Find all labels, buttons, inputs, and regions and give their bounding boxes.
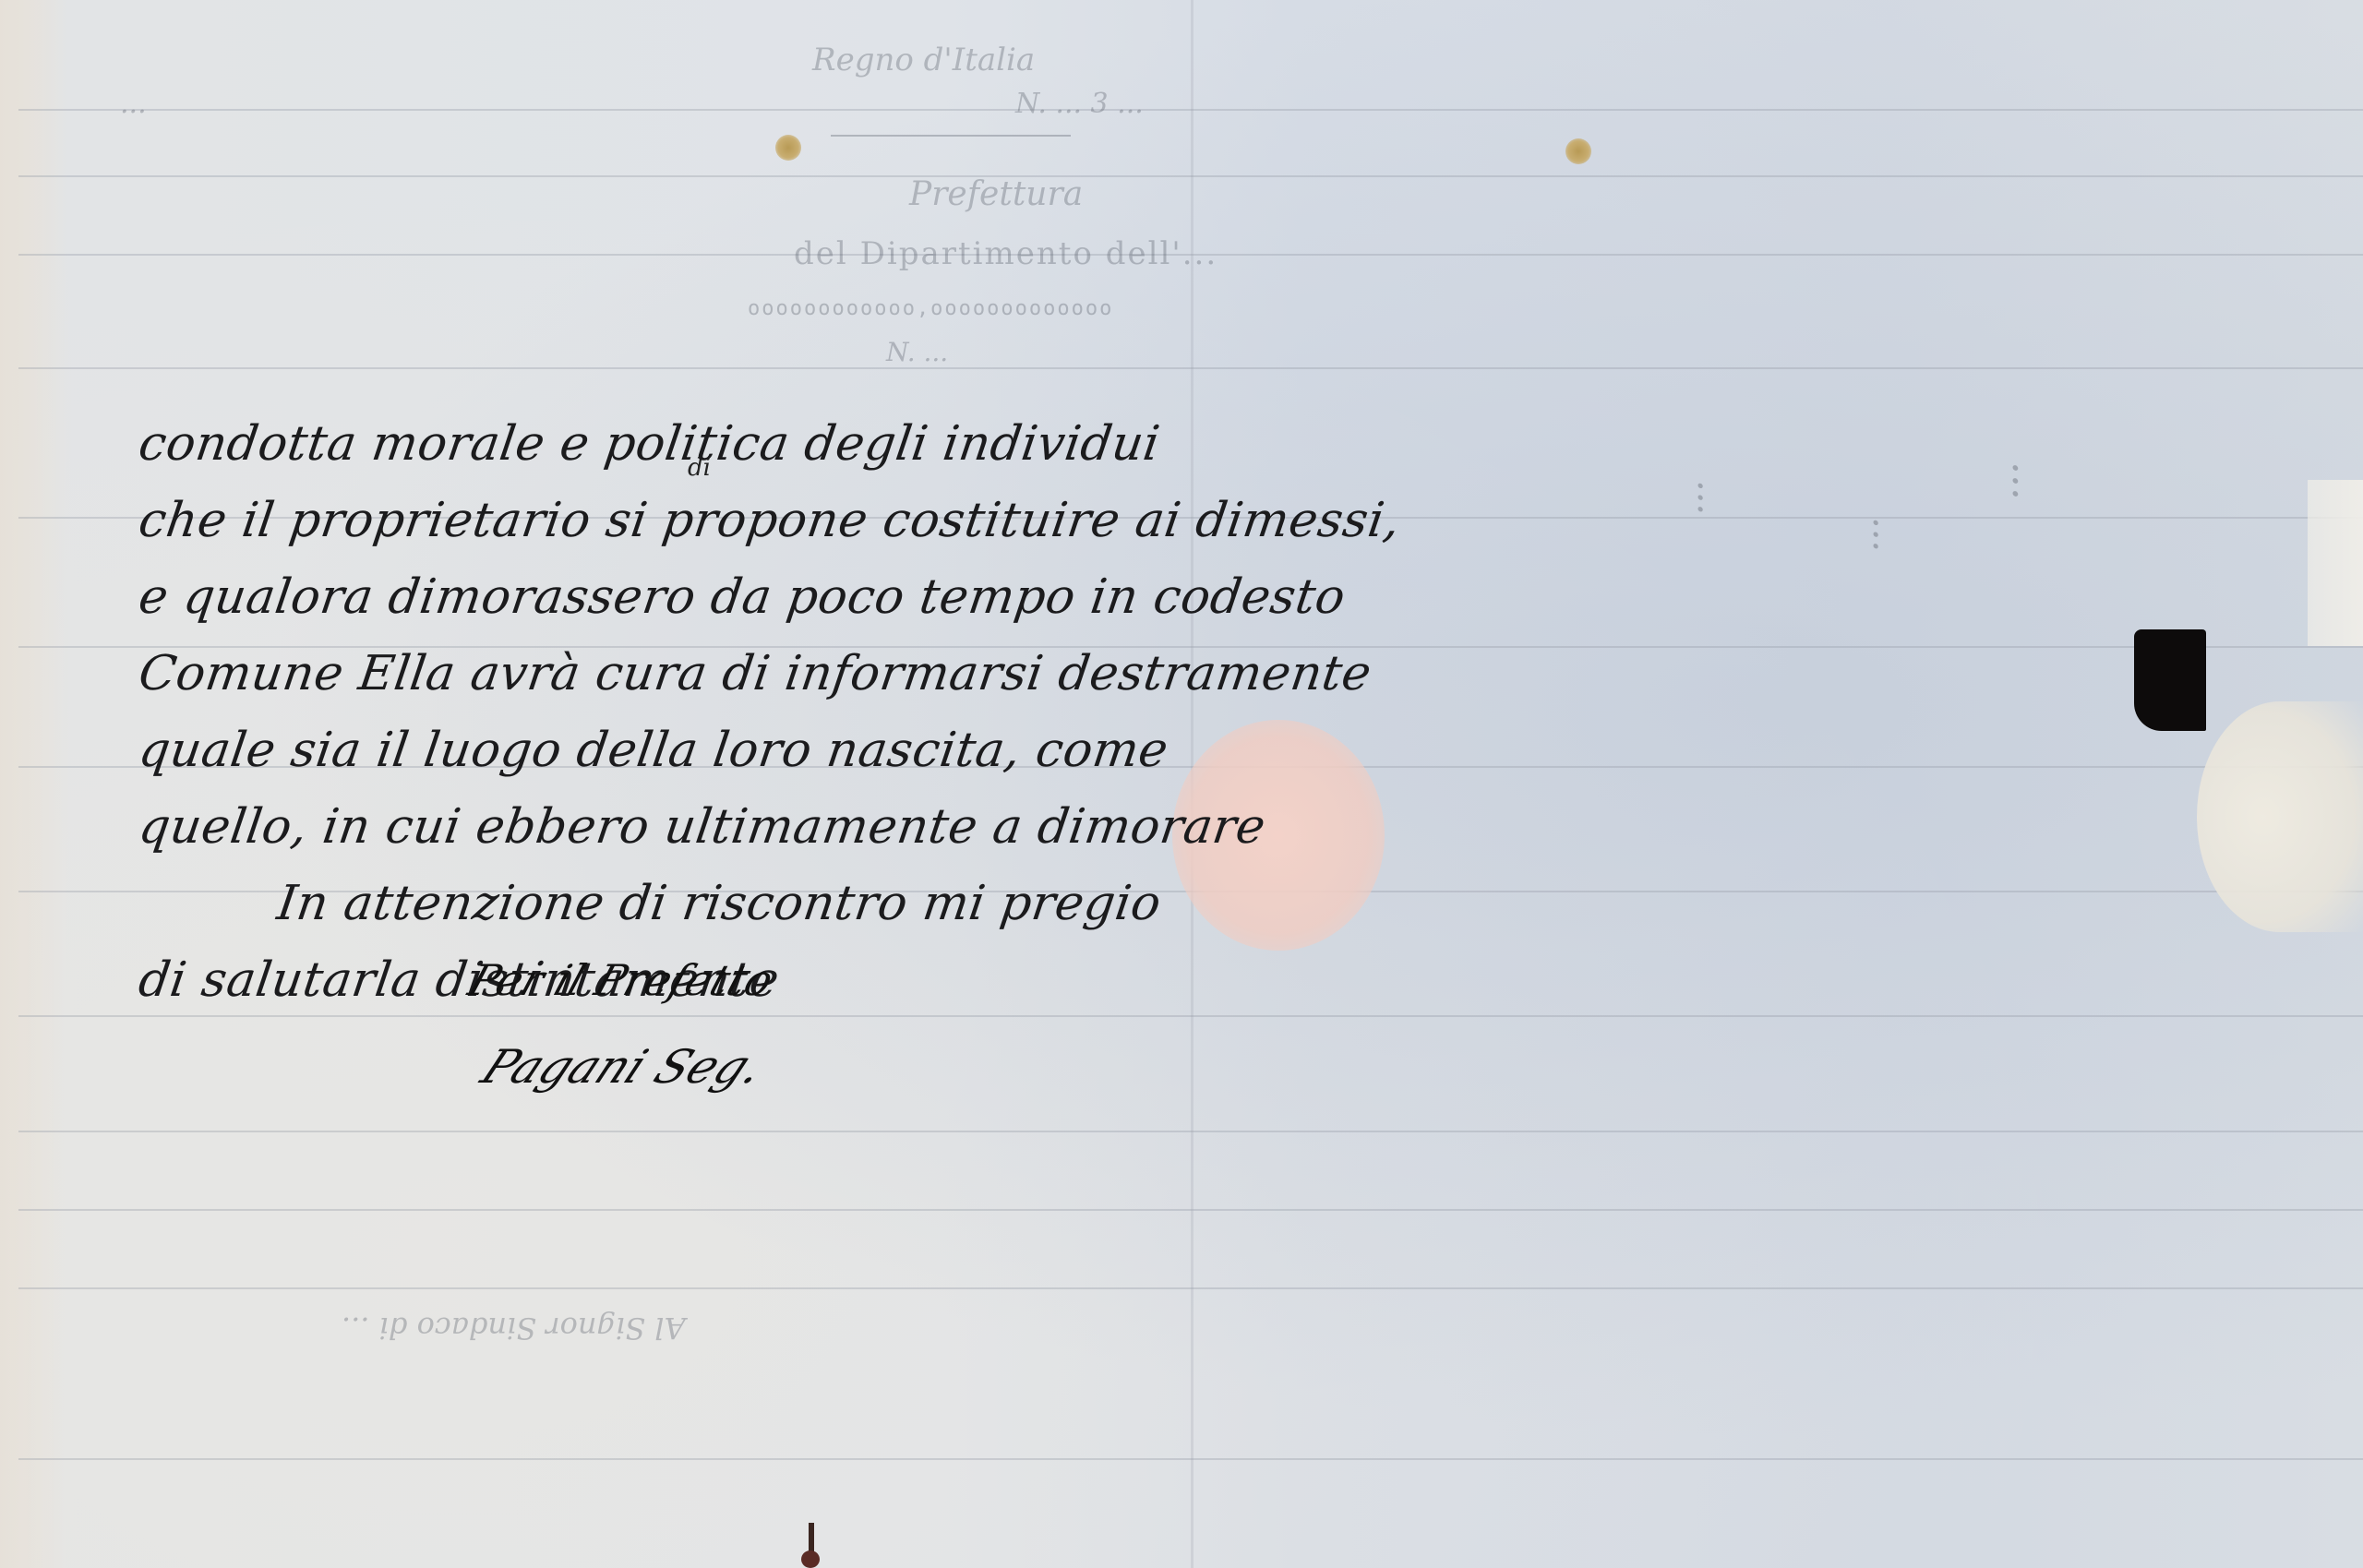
ruled-line: [18, 1458, 2363, 1460]
rust-spot: [1565, 138, 1591, 164]
letterhead-line-4: N. ...: [886, 337, 948, 367]
letter-body: condotta morale e politica degli individ…: [134, 406, 1195, 1019]
letterhead-line-1: Regno d'Italia: [812, 42, 1035, 78]
bleedthrough-top-left: ...: [120, 88, 147, 120]
bleedthrough-top-right: N. ... 3 ...: [1015, 88, 1144, 120]
body-line: quello, in cui ebbero ultimamente a dimo…: [134, 789, 1206, 866]
ruled-line: [18, 1287, 2363, 1289]
body-line: Comune Ella avrà cura di informarsi dest…: [134, 636, 1206, 712]
torn-edge: [2308, 480, 2363, 646]
signature-title: Per il Prefetto: [462, 955, 779, 1005]
ruled-line: [18, 109, 2363, 111]
margin-shade: [0, 0, 65, 1568]
ink-blot: [801, 1550, 820, 1568]
bleedthrough-vertical-3: ...: [2003, 461, 2050, 1218]
ruled-line: [18, 367, 2363, 369]
paper-hole: [2134, 629, 2206, 731]
body-line: e qualora dimorassero da poco tempo in c…: [134, 559, 1206, 636]
wax-seal-residue: [2197, 701, 2363, 932]
bleedthrough-vertical-1: ...: [1689, 480, 1732, 1080]
bleedthrough-vertical-2: ...: [1865, 517, 1907, 1237]
body-line: In attenzione di riscontro mi pregio: [134, 866, 1206, 942]
body-line: condotta morale e politica degli individ…: [134, 406, 1206, 483]
letterhead-line-2: Prefettura: [909, 175, 1083, 213]
letterhead-rule: [831, 135, 1071, 137]
ruled-line: [18, 175, 2363, 177]
signature-block: Per il Prefetto Pagani Seg.: [471, 955, 772, 1094]
rust-spot: [775, 135, 801, 161]
letterhead-line-3: del Dipartimento dell'...: [794, 235, 1217, 272]
body-line: quale sia il luogo della loro nascita, c…: [134, 712, 1206, 789]
signature-name: Pagani Seg.: [458, 1040, 784, 1094]
body-line: che il proprietario si propone costituir…: [134, 483, 1206, 559]
letterhead-dotted-line: oooooooooooo,ooooooooooooo: [748, 297, 1113, 320]
letter-page: Regno d'Italia Prefettura del Dipartimen…: [0, 0, 2363, 1568]
bleedthrough-address: Al Signor Sindaco di ...: [342, 1311, 686, 1346]
